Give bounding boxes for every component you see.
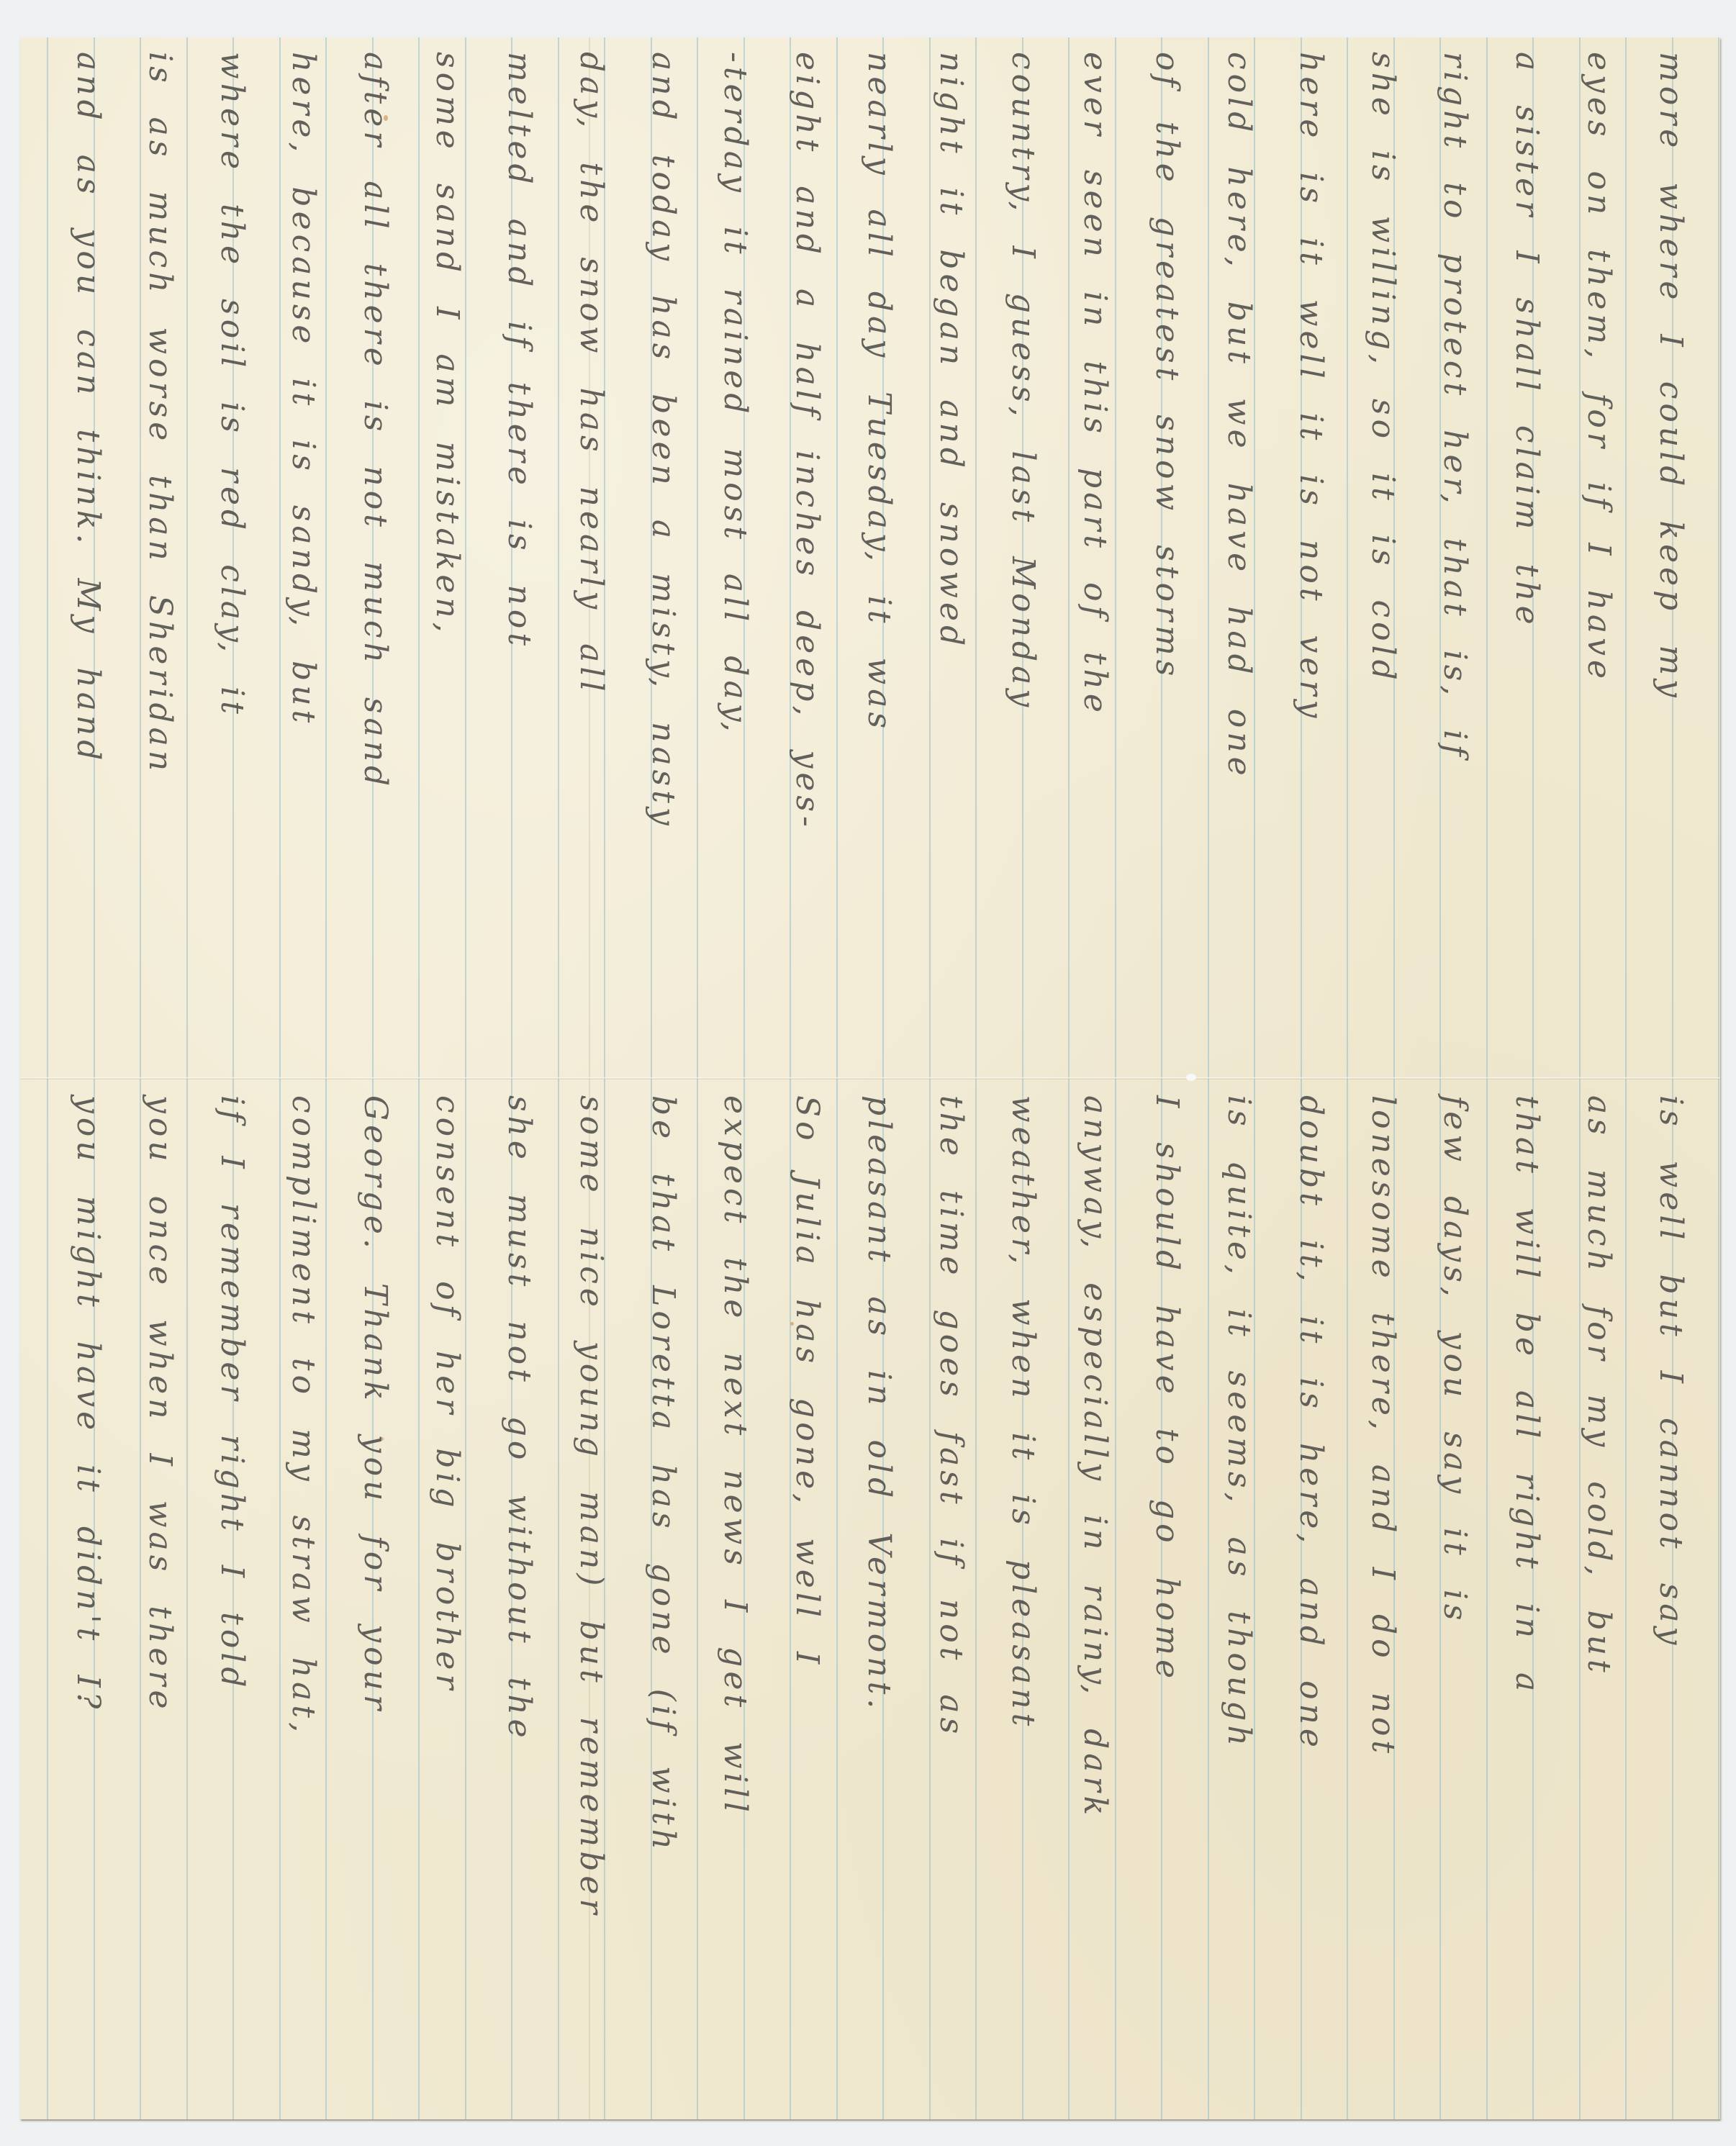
letter-line: night it began and snowed: [930, 52, 972, 1059]
letter-line: George. Thank you for your: [354, 1095, 396, 2103]
letter-line: ever seen in this part of the: [1074, 52, 1116, 1059]
letter-line: she must not go without the: [498, 1095, 540, 2103]
letter-line: expect the next news I get will: [714, 1095, 756, 2103]
letter-line: nearly all day Tuesday, it was: [858, 52, 900, 1059]
letter-line: So Julia has gone, well I: [786, 1095, 828, 2103]
letter-line: I should have to go home: [1146, 1095, 1188, 2103]
letter-line: -terday it rained most all day,: [714, 52, 756, 1059]
letter-line: is as much worse than Sheridan: [139, 52, 181, 1059]
letter-line: the time goes fast if not as: [930, 1095, 972, 2103]
letter-line: after all there is not much sand: [354, 52, 396, 1059]
horizontal-fold: [20, 1077, 1720, 1079]
letter-line: anyway, especially in rainy, dark: [1074, 1095, 1116, 2103]
letter-line: here is it well it is not very: [1290, 52, 1332, 1059]
letter-line: eyes on them, for if I have: [1578, 52, 1619, 1059]
letter-line: of the greatest snow storms: [1146, 52, 1188, 1059]
letter-line: country, I guess, last Monday: [1002, 52, 1044, 1059]
letter-line: and today has been a misty, nasty: [642, 52, 684, 1059]
letter-line: day, the snow has nearly all: [570, 52, 612, 1059]
letter-line: you once when I was there: [139, 1095, 181, 2103]
letter-line: more where I could keep my: [1650, 52, 1691, 1059]
letter-line: where the soil is red clay, it: [211, 52, 253, 1059]
letter-line: is well but I cannot say: [1650, 1095, 1691, 2103]
letter-line: be that Loretta has gone (if with: [642, 1095, 684, 2103]
letter-line: some sand I am mistaken,: [426, 52, 468, 1059]
letter-line: she is willing, so it is cold: [1362, 52, 1403, 1059]
letter-line: a sister I shall claim the: [1506, 52, 1547, 1059]
letter-line: and as you can think. My hand: [67, 52, 109, 1059]
letter-line: here, because it is sandy, but: [282, 52, 324, 1059]
letter-line: few days, you say it is: [1434, 1095, 1475, 2103]
letter-line: you might have it didn't I?: [67, 1095, 109, 2103]
letter-line: doubt it, it is here, and one: [1290, 1095, 1332, 2103]
letter-line: weather, when it is pleasant: [1002, 1095, 1044, 2103]
letter-line: as much for my cold, but: [1578, 1095, 1619, 2103]
letter-line: pleasant as in old Vermont.: [858, 1095, 900, 2103]
letter-page: more where I could keep myeyes on them, …: [20, 37, 1720, 2119]
letter-line: compliment to my straw hat,: [282, 1095, 324, 2103]
letter-line: cold here, but we have had one: [1218, 52, 1260, 1059]
letter-line: if I remember right I told: [211, 1095, 253, 2103]
letter-line: lonesome there, and I do not: [1362, 1095, 1403, 2103]
letter-line: is quite, it seems, as though: [1218, 1095, 1260, 2103]
letter-line: consent of her big brother: [426, 1095, 468, 2103]
letter-line: eight and a half inches deep, yes-: [786, 52, 828, 1059]
fold-hole: [1186, 1074, 1196, 1081]
letter-line: some nice young man) but remember: [570, 1095, 612, 2103]
letter-line: right to protect her, that is, if: [1434, 52, 1475, 1059]
letter-line: melted and if there is not: [498, 52, 540, 1059]
letter-line: that will be all right in a: [1506, 1095, 1547, 2103]
